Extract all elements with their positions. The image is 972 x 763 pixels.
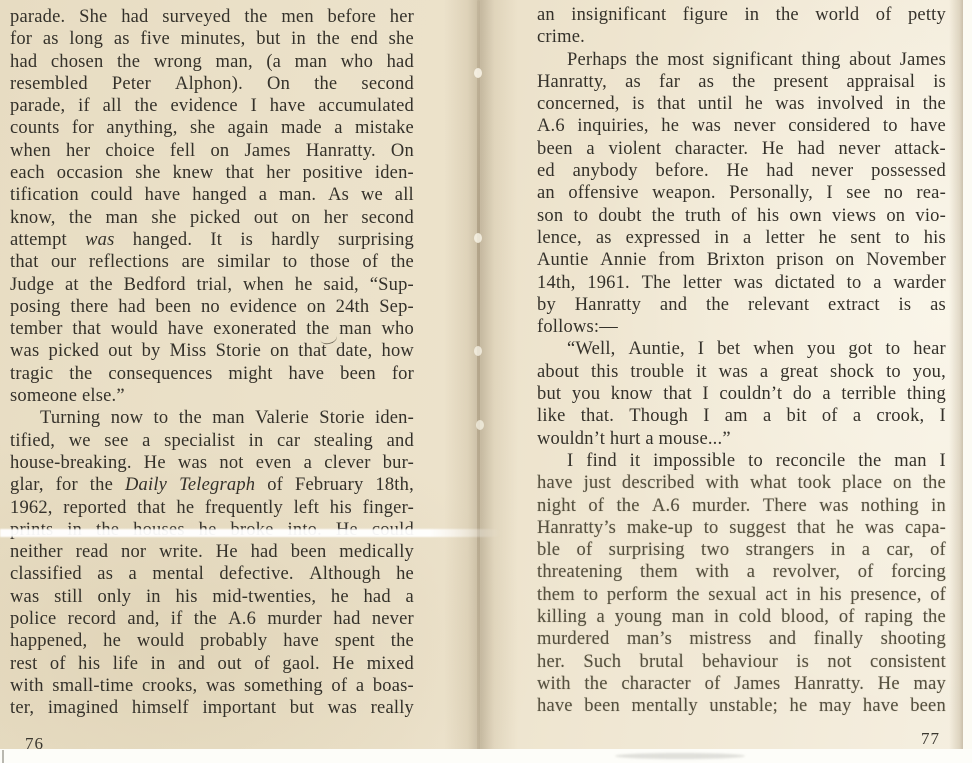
text-line: thatourreflectionsaresimilartothoseofthe [10,251,414,273]
text-line: classifiedasamentaldefective.Althoughhe [10,563,414,585]
text-line: foraslongasfiveminutes,butintheendshe [10,28,414,50]
text-line: “Well,Auntie,Ibetwhenyougottohear [537,338,946,360]
text-line: tificationcouldhavehangedaman.Asweall [10,184,414,206]
text-line: themtoperformthesexualactinhispresence,o… [537,584,946,606]
text-line: Hanratty,asfarasthepresentappraisalis [537,71,946,93]
text-line: ter,imaginedhimselfimportantbutwasreally [10,697,414,719]
text-line: resembledPeterAlphon).Onthesecond [10,73,414,95]
text-line: beenaviolentcharacter.Hehadneverattack- [537,138,946,160]
text-line: policerecordand,iftheA.6murderhadnever [10,608,414,630]
text-line: IfinditimpossibletoreconcilethemanI [537,450,946,472]
right-page-text: aninsignificantfigureintheworldofpettycr… [537,4,946,718]
text-line: Hanratty’smake-uptosuggestthathewascapa- [537,517,946,539]
text-line: withsmall-timecrooks,wassomethingofaboas… [10,675,414,697]
left-page-text: parade.Shehadsurveyedthemenbeforeherfora… [10,6,414,720]
text-line: whenherchoicefellonJamesHanratty.On [10,140,414,162]
text-line: nightoftheA.6murder.Therewasnothingin [537,495,946,517]
text-line: PerhapsthemostsignificantthingaboutJames [537,49,946,71]
text-line: likethat.ThoughIamabitofacrook,I [537,405,946,427]
text-line: tified,weseeaspecialistincarstealingand [10,430,414,452]
text-line: house-breaking.Hewasnotevenacleverbur- [10,452,414,474]
text-line: killingayoungmanincoldblood,ofrapingthe [537,606,946,628]
text-line: temberthatwouldhaveexoneratedthemanwho [10,318,414,340]
text-line: AuntieAnniefromBrixtonprisononNovember [537,249,946,271]
text-line: byHanrattyandtherelevantextractisas [537,294,946,316]
text-line: someone else.” [10,385,414,407]
text-line: tragictheconsequencesmighthavebeenfor [10,363,414,385]
book-scan: parade.Shehadsurveyedthemenbeforeherfora… [0,0,972,763]
text-line: butyouknowthatIcouldn’tdoaterriblething [537,383,946,405]
text-line: her.Suchbrutalbehaviourisnotconsistent [537,651,946,673]
text-line: restofhislifeinandoutofgaol.Hemixed [10,653,414,675]
scan-smudge [615,753,745,759]
text-line: edanybodybefore.Hehadneverpossessed [537,160,946,182]
text-line: crime. [537,26,946,48]
text-line: countsforanything,sheagainmadeamistake [10,117,414,139]
page-edge-shadow [949,0,963,763]
text-line: murderedman’smistressandfinallyshooting [537,628,946,650]
text-line: hadchosenthewrongman,(amanwhohad [10,51,414,73]
text-line: waspickedoutbyMissStorieonthatdate,how [10,340,414,362]
binding-stitch-marks [474,68,482,78]
text-line: TurningnowtothemanValerieStorieiden- [10,407,414,429]
text-line: wasstillonlyinhismid-twenties,hehada [10,586,414,608]
text-line: neitherreadnorwrite.Hehadbeenmedically [10,541,414,563]
scanner-edge-bottom [0,749,972,763]
binding-fold-line [477,0,480,763]
text-line: know,themanshepickedoutonhersecond [10,207,414,229]
text-line: parade.Shehadsurveyedthemenbeforeher [10,6,414,28]
text-line: 14th,1961.Theletterwasdictatedtoawarder [537,272,946,294]
text-line: anoffensiveweapon.Personally,Iseenorea- [537,182,946,204]
scan-edge-tick [2,750,4,763]
text-line: happened,hewouldprobablyhavespentthe [10,630,414,652]
page-number-right: 77 [921,729,940,749]
text-line: threateningthemwitharevolver,offorcing [537,561,946,583]
text-line: A.6inquiries,hewasneverconsideredtohave [537,115,946,137]
page-gutter-shadow [444,0,518,763]
text-line: posingtherehadbeennoevidenceon24thSep- [10,296,414,318]
text-line: wouldn’t hurt a mouse...” [537,428,946,450]
text-line: concerned,isthatuntilhewasinvolvedinthe [537,93,946,115]
scanner-edge-right [963,0,972,763]
text-line: bleofsurprisingtwostrangersinacar,of [537,539,946,561]
text-line: lence,asexpressedinaletterhesenttohis [537,227,946,249]
text-line: withthecharacterofJamesHanratty.Hemay [537,673,946,695]
text-line: aninsignificantfigureintheworldofpetty [537,4,946,26]
text-line: follows:— [537,316,946,338]
scanner-light-streak [0,529,500,537]
text-line: havebeenmentallyunstable;hemayhavebeen [537,695,946,717]
text-line: parade,ifalltheevidenceIhaveaccumulated [10,95,414,117]
text-line: sontodoubtthetruthofhisownviewsonvio- [537,205,946,227]
text-line: aboutthistroubleitwasagreatshocktoyou, [537,361,946,383]
text-line: eachoccasionsheknewthatherpositiveiden- [10,162,414,184]
text-line: attemptwashanged.Itishardlysurprising [10,229,414,251]
text-line: 1962,reportedthathefrequentlylefthisfing… [10,497,414,519]
text-line: glar,fortheDailyTelegraphofFebruary18th, [10,474,414,496]
text-line: havejustdescribedwithwhattookplaceonthe [537,472,946,494]
text-line: JudgeattheBedfordtrial,whenhesaid,“Sup- [10,274,414,296]
